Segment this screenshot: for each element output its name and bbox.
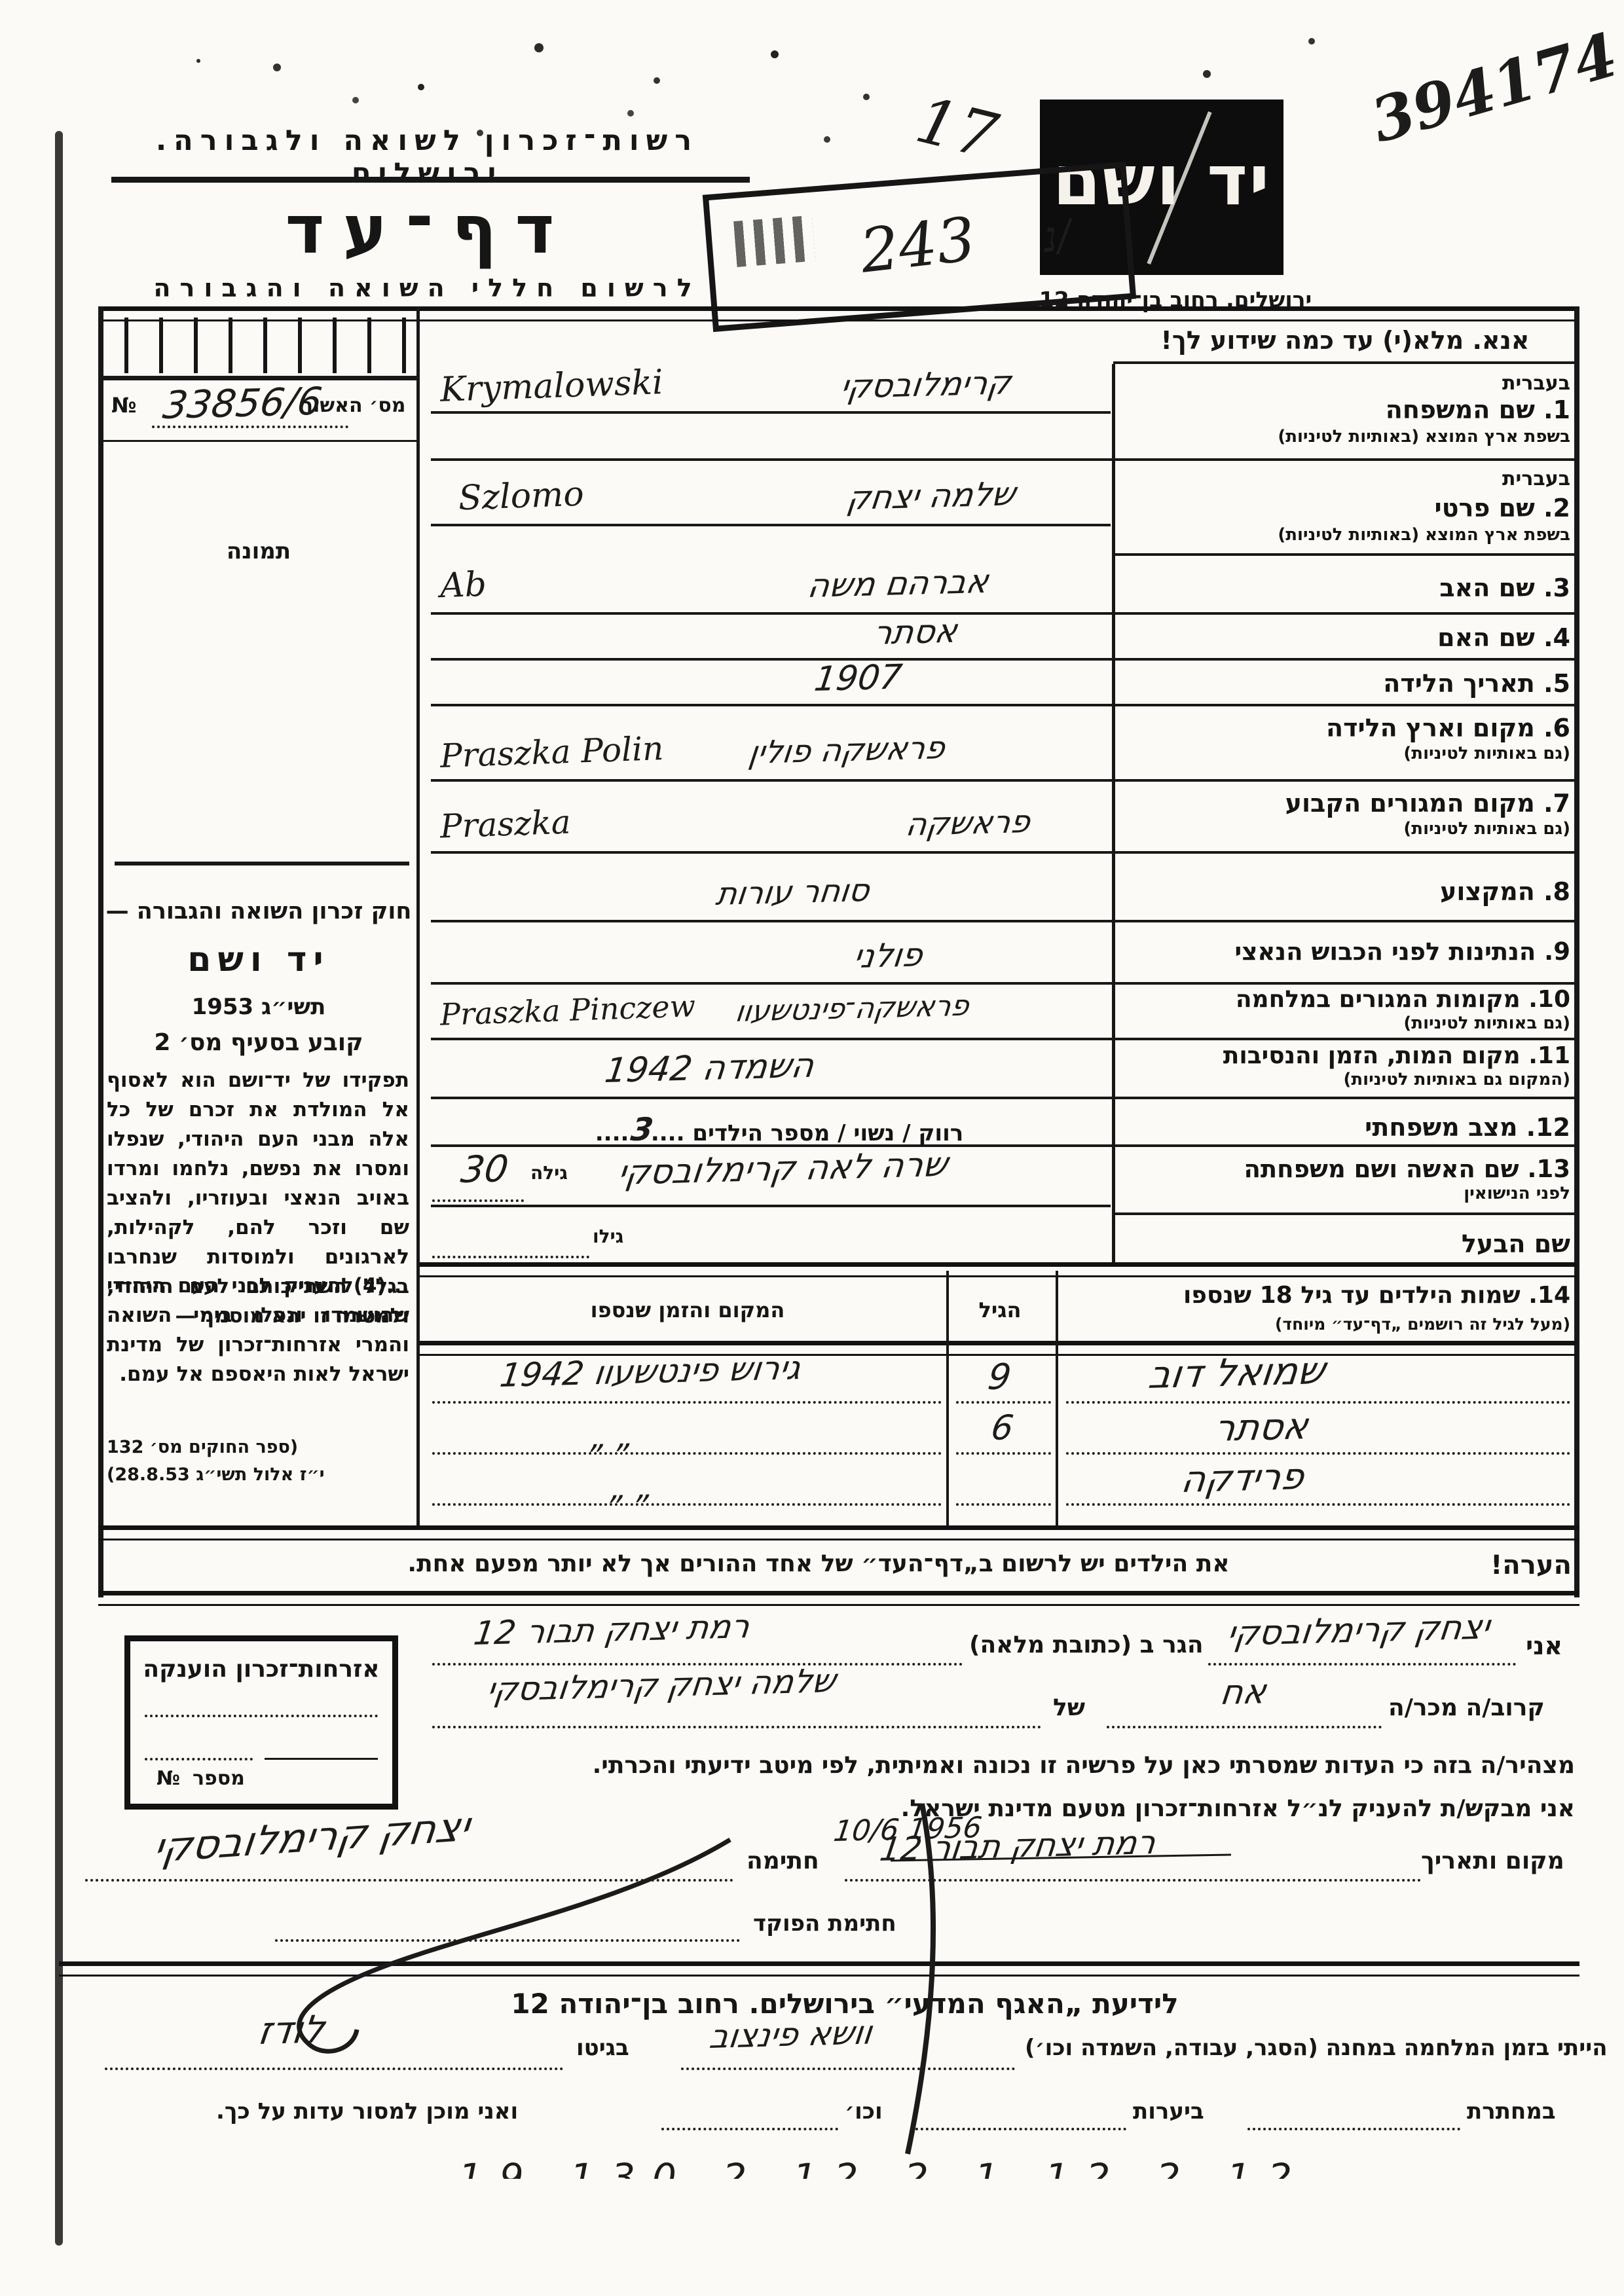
photo-ticks — [124, 318, 406, 373]
field10-sub: (גם באותיות לטיניות) — [1121, 1013, 1579, 1033]
field1-sub: בשפת ארץ המוצא (באותיות לטיניות) — [1121, 427, 1579, 446]
field6-sub: (גם באותיות לטיניות) — [1121, 744, 1579, 763]
field7-value-hebrew: פראשקה — [904, 803, 1033, 843]
field3-label: 3. שם האב — [1121, 574, 1582, 602]
divider-2 — [1113, 553, 1577, 556]
child2-place: „ „ — [589, 1418, 637, 1456]
divider-11 — [431, 1097, 1577, 1099]
wife-age-line — [432, 1199, 524, 1202]
victim-name-line — [432, 1726, 1041, 1728]
law-body-2: ...(4)להעניק לבני העם היהודי שהושמדו ונפ… — [107, 1271, 409, 1389]
field8-label: 8. המקצוע — [1121, 877, 1582, 906]
law-top-rule — [115, 862, 409, 866]
field5-value: 1907 — [812, 658, 904, 699]
registrar-signature-line — [275, 1939, 740, 1942]
ghetto-value: לודז — [255, 2007, 327, 2053]
citizenship-box: אזרחות־זכרון הוענקה מספר № — [124, 1635, 398, 1810]
divider-label-column — [1112, 364, 1115, 1264]
husband-age-label: גילו — [593, 1226, 623, 1247]
forests-label: ביערות — [1133, 2098, 1204, 2124]
field10-value-hebrew: פראשקה־פינטשעוו — [733, 989, 971, 1029]
approval-number-value: 33856/6 — [160, 379, 325, 428]
wife-age-value: 30 — [458, 1148, 511, 1192]
address-value: רמת יצחק תבור 12 — [471, 1607, 752, 1652]
field4-value-hebrew: אסתר — [871, 612, 959, 652]
etc-line — [661, 2128, 838, 2130]
field9-label: 9. הנתינות לפני הכבוש הנאצי — [1121, 938, 1582, 966]
address-label: הגר ב (כתובת מלאה) — [969, 1631, 1204, 1658]
field2-pre: בעברית — [1121, 467, 1582, 490]
child3-line-name — [1066, 1503, 1570, 1506]
field5-label: 5. תאריך הלידה — [1121, 669, 1582, 698]
divider-3 — [431, 612, 1577, 615]
underground-line — [1247, 2128, 1460, 2130]
field2-value-latin: Szlomo — [458, 475, 585, 519]
field10-value-latin: Praszka Pinczew — [439, 988, 696, 1032]
field14-sub: (מעל לגיל זה רושמים „דף־עד״ מיוחד) — [1121, 1315, 1579, 1334]
children-col-divider-right — [1056, 1271, 1058, 1525]
divider-7 — [431, 851, 1577, 854]
field11-sub: (המקום גם באותיות לטיניות) — [1121, 1070, 1579, 1089]
child2-line-name — [1066, 1452, 1570, 1455]
note-text: את הילדים יש לרשום ב„דף־העד״ של אחד ההור… — [223, 1550, 1414, 1577]
registrar-signature-label: חתימת הפוקד — [753, 1910, 896, 1937]
photo-box-rule2 — [101, 440, 416, 442]
camp-label: הייתי בזמן המלחמה במחנה (הסגר, עבודה, הש… — [1025, 2035, 1608, 2061]
field1-write-line — [431, 411, 1111, 414]
divider-1 — [431, 458, 1577, 461]
field1-value-latin: Krymalowski — [439, 363, 664, 410]
forests-line — [910, 2128, 1126, 2130]
frame-left — [98, 306, 103, 1597]
field3-value-hebrew: אברהם משה — [805, 562, 991, 605]
scan-edge-artifact — [55, 131, 63, 2246]
photo-ticks-rule — [101, 376, 416, 380]
field1-pre: בעברית — [1121, 372, 1582, 395]
field9-value: פולני — [851, 936, 925, 975]
child1-place: גירוש פינטשעוו 1942 — [498, 1349, 803, 1394]
child1-name: שמואל דוב — [1146, 1348, 1327, 1397]
declaration-statement: מצהיר/ה בזה כי העדות שמסרתי כאן על פרשיה… — [301, 1752, 1575, 1779]
field13-label: 13. שם האשה ושם משפחתה — [1121, 1155, 1582, 1183]
of-label: של — [1053, 1694, 1085, 1721]
note-label: הערה! — [1428, 1550, 1572, 1580]
child1-line-age — [956, 1401, 1051, 1404]
children-col-age: הגיל — [951, 1298, 1049, 1322]
cut-handwriting-fragments: 19 130 2 12 2 1 12 2 12 — [458, 2155, 1310, 2179]
citizenship-box-title: אזרחות־זכרון הוענקה — [130, 1656, 392, 1683]
field13-value: שרה לאה קרימלובסקי — [616, 1145, 950, 1193]
note-bottom-rule — [98, 1591, 1579, 1606]
child3-line-place — [432, 1503, 942, 1506]
children-top-rule — [419, 1262, 1577, 1277]
field14-label: 14. שמות הילדים עד גיל 18 שנספו — [1121, 1282, 1582, 1309]
victim-name-value: שלמה יצחק קרימלובסקי — [485, 1662, 838, 1709]
relation-line — [1107, 1726, 1382, 1728]
field11-value: השמדה 1942 — [602, 1046, 817, 1091]
marital-status-options: רווק / נשוי / מספר הילדים ....3.... — [498, 1112, 1061, 1148]
citizenship-line-1 — [145, 1715, 378, 1717]
law-source-1: (ספר החוקים מס׳ 132 — [107, 1437, 336, 1457]
approval-number-sign: № — [111, 393, 137, 418]
camp-value: וושא פינצוב — [707, 2014, 874, 2056]
child1-line-name — [1066, 1401, 1570, 1404]
marital-dots2: .... — [595, 1120, 629, 1146]
stamp-number: 243 — [857, 204, 979, 287]
child3-line-age — [956, 1503, 1051, 1506]
child2-age: 6 — [989, 1408, 1016, 1448]
witness-name-value: יצחק קרימלובסקי — [1225, 1608, 1492, 1654]
field7-label: 7. מקום המגורים הקבוע — [1121, 789, 1582, 818]
field6-value-latin: Praszka Polin — [439, 729, 664, 775]
authority-underline — [111, 177, 750, 183]
approval-number-label: מס׳ האשור — [301, 394, 405, 417]
children-col-place: המקום והזמן שנספו — [445, 1298, 930, 1322]
field7-value-latin: Praszka — [439, 803, 571, 846]
field1-value-hebrew: קרימלובסקי — [838, 363, 1014, 406]
field6-value-hebrew: פראשקה פולין — [747, 729, 948, 771]
relation-label: קרוב/ה מכר/ה — [1388, 1694, 1545, 1721]
ghetto-line — [105, 2068, 563, 2070]
note-top-rule — [98, 1525, 1579, 1540]
divider-9 — [431, 982, 1577, 985]
signature-label: חתימה — [747, 1848, 819, 1874]
child2-line-age — [956, 1452, 1051, 1455]
underground-label: במחתרת — [1467, 2098, 1556, 2124]
field2-label: 2. שם פרטי — [1121, 494, 1582, 522]
divider-10 — [431, 1038, 1577, 1040]
form-subtitle: לרשום חללי השואה והגבורה — [111, 274, 743, 302]
child1-line-place — [432, 1401, 942, 1404]
marital-dots: .... — [651, 1120, 685, 1146]
page-mark-annotation: 17 — [909, 83, 1005, 173]
camp-line — [681, 2068, 1015, 2070]
law-section: קובע בסעיף מס׳ 2 — [105, 1029, 413, 1056]
child3-name: פרידקה — [1179, 1455, 1306, 1501]
field13-write-line — [431, 1205, 1111, 1207]
cut-fragments-text: 19 130 2 12 2 1 12 2 12 — [458, 2155, 1309, 2179]
divider-13 — [1113, 1212, 1577, 1215]
field2-write-line — [431, 524, 1111, 526]
field4-label: 4. שם האם — [1121, 623, 1582, 652]
field1-label: 1. שם המשפחה — [1121, 395, 1582, 424]
marital-options-text: רווק / נשוי / מספר הילדים — [692, 1120, 963, 1146]
field2-sub: בשפת ארץ המוצא (באותיות לטיניות) — [1121, 525, 1579, 545]
husband-age-line — [432, 1256, 589, 1258]
child2-line-place — [432, 1452, 942, 1455]
relation-value: אח — [1218, 1672, 1268, 1713]
field11-label: 11. מקום המות, הזמן והנסיבות — [1121, 1042, 1582, 1069]
signature-value: יצחק קרימלובסקי — [151, 1802, 473, 1872]
field12-label: 12. מצב משפחתי — [1121, 1113, 1582, 1142]
divider-6 — [431, 779, 1577, 782]
photo-placeholder-label: תמונה — [101, 538, 416, 564]
field3-value-latin: Ab — [439, 565, 487, 606]
divider-5 — [431, 704, 1577, 706]
signature-line — [85, 1879, 733, 1882]
law-logo-text: יד ושם — [105, 940, 413, 979]
etc-label: וכו׳ — [845, 2098, 883, 2124]
field6-label: 6. מקום וארץ הלידה — [1121, 714, 1582, 742]
field8-value: סוחר עורות — [714, 872, 872, 913]
place-date-line — [845, 1879, 1421, 1882]
declaration-i-label: אני — [1526, 1631, 1562, 1660]
child3-place: „ „ — [609, 1469, 657, 1507]
serial-number-annotation: 394174 — [1364, 19, 1624, 156]
testimony-page-scan: 394174 17 רשות־זכרון לשואה ולגבורה. ירוש… — [0, 0, 1624, 2296]
footer-top-rule — [59, 1961, 1579, 1977]
form-title: דף־עד — [216, 191, 642, 269]
wife-age-label: גילה — [530, 1162, 568, 1184]
children-col-divider-left — [946, 1271, 949, 1525]
ghetto-label: בגיטו — [576, 2035, 629, 2061]
instruction-underline — [1113, 361, 1577, 364]
law-source-2: י״ז אלול תשי״ג 28.8.53) — [107, 1465, 336, 1485]
place-date-value: רמת יצחק תבור 12 — [877, 1823, 1158, 1868]
law-year: תשי״ג 1953 — [105, 994, 413, 1020]
stamp-prefix: נ/ — [1041, 211, 1073, 262]
law-title: חוק זכרון השואה והגבורה — — [105, 898, 413, 924]
field10-label: 10. מקומות המגורים במלחמה — [1121, 986, 1582, 1013]
citizenship-number-label: מספר — [193, 1767, 245, 1790]
field7-sub: (גם באותיות לטיניות) — [1121, 819, 1579, 839]
citizenship-number-sign: № — [157, 1767, 180, 1790]
husband-name-label: שם הבעל — [1121, 1230, 1582, 1258]
citizenship-line-2 — [145, 1758, 253, 1760]
fill-instruction: אנא. מלא(י) עד כמה שידוע לך! — [1120, 326, 1570, 355]
child2-name: אסתר — [1211, 1405, 1310, 1450]
scan-speckles — [196, 59, 200, 63]
divider-4 — [431, 658, 1577, 661]
testify-label: ואני מוכן למסור עדות על כך. — [216, 2098, 518, 2124]
field13-sub: לפני הנישואין — [1121, 1184, 1579, 1203]
child1-age: 9 — [986, 1356, 1014, 1398]
stamp-smudge — [733, 215, 815, 267]
field2-value-hebrew: שלמה יצחק — [845, 475, 1018, 517]
divider-8 — [431, 920, 1577, 922]
place-date-label: מקום ותאריך — [1421, 1848, 1564, 1874]
witness-name-line — [1208, 1663, 1516, 1666]
